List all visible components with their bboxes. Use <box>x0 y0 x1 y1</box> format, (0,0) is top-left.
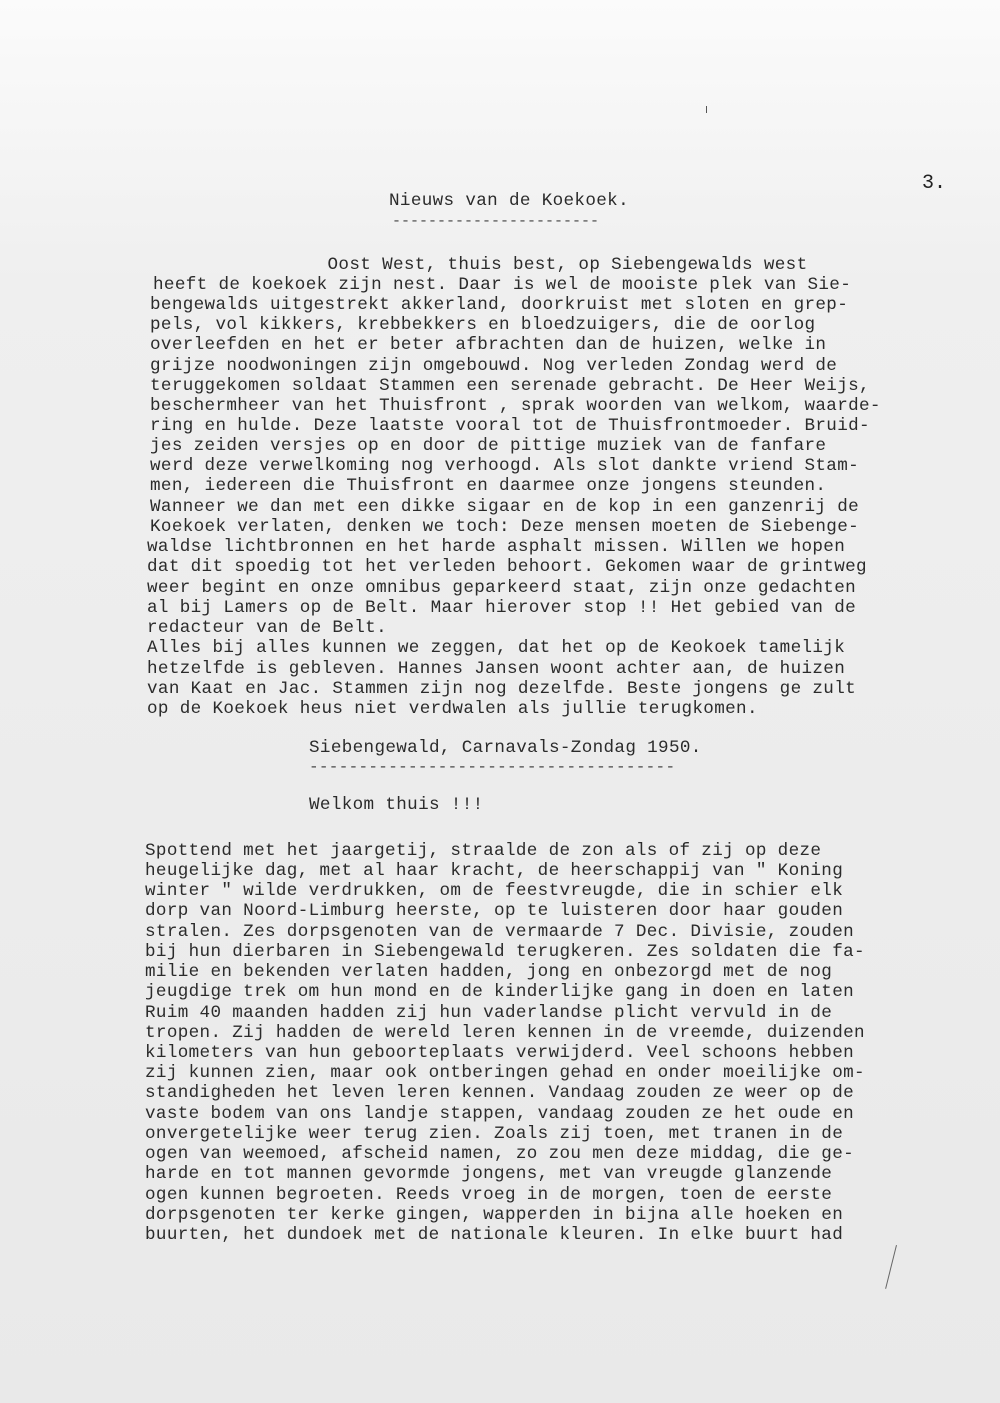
dateline: Siebengewald, Carnavals-Zondag 1950. <box>309 738 702 758</box>
text-line: bij hun dierbaren in Siebengewald terugk… <box>145 942 865 962</box>
text-line: van Kaat en Jac. Stammen zijn nog dezelf… <box>147 679 856 699</box>
text-line: ogen kunnen begroeten. Reeds vroeg in de… <box>145 1185 832 1205</box>
pen-stroke-mark <box>885 1245 897 1289</box>
article-title: Nieuws van de Koekoek. <box>389 191 629 211</box>
text-line: ogen van weemoed, afscheid namen, zo zou… <box>145 1144 854 1164</box>
text-line: weer begint en onze omnibus geparkeerd s… <box>147 578 856 598</box>
text-line: pels, vol kikkers, krebbekkers en bloedz… <box>150 315 815 335</box>
text-line: kilometers van hun geboorteplaats verwij… <box>145 1043 854 1063</box>
text-line: dorp van Noord-Limburg heerste, op te lu… <box>145 901 843 921</box>
title-underline: ----------------------- <box>392 212 599 232</box>
text-line: milie en bekenden verlaten hadden, jong … <box>145 962 832 982</box>
text-line: Spottend met het jaargetij, straalde de … <box>145 841 821 861</box>
text-line: bengewalds uitgestrekt akkerland, doorkr… <box>150 295 848 315</box>
text-line: jeugdige trek om hun mond en de kinderli… <box>145 982 854 1002</box>
text-line: beschermheer van het Thuisfront , sprak … <box>150 396 881 416</box>
text-line: heeft de koekoek zijn nest. Daar is wel … <box>153 275 851 295</box>
scanned-page: 3. Nieuws van de Koekoek. --------------… <box>0 0 1000 1403</box>
text-line: zij kunnen zien, maar ook ontberingen ge… <box>145 1063 865 1083</box>
text-line: redacteur van de Belt. <box>147 618 387 638</box>
text-line: ring en hulde. Deze laatste vooral tot d… <box>150 416 870 436</box>
text-line: standigheden het leven leren kennen. Van… <box>145 1083 854 1103</box>
text-line: Alles bij alles kunnen we zeggen, dat he… <box>147 638 845 658</box>
text-line: harde en tot mannen gevormde jongens, me… <box>145 1164 832 1184</box>
text-line: tropen. Zij hadden de wereld leren kenne… <box>145 1023 865 1043</box>
text-line: stralen. Zes dorpsgenoten van de vermaar… <box>145 922 854 942</box>
text-line: vaste bodem van ons landje stappen, vand… <box>145 1104 854 1124</box>
dateline-rule: ------------------------------------- <box>309 757 675 777</box>
text-line: Oost West, thuis best, op Siebengewalds … <box>153 255 807 275</box>
text-line: grijze noodwoningen zijn omgebouwd. Nog … <box>150 356 837 376</box>
text-line: dat dit spoedig tot het verleden behoort… <box>147 557 867 577</box>
text-line: al bij Lamers op de Belt. Maar hierover … <box>147 598 856 618</box>
text-line: jes zeiden versjes op en door de pittige… <box>150 436 826 456</box>
section-heading-welkom-thuis: Welkom thuis !!! <box>309 795 484 815</box>
text-line: men, iedereen die Thuisfront en daarmee … <box>150 476 826 496</box>
text-line: Ruim 40 maanden hadden zij hun vaderland… <box>145 1003 832 1023</box>
text-line: buurten, het dundoek met de nationale kl… <box>145 1225 843 1245</box>
text-line: onvergetelijke weer terug zien. Zoals zi… <box>145 1124 843 1144</box>
text-line: hetzelfde is gebleven. Hannes Jansen woo… <box>147 659 845 679</box>
scan-speck <box>706 106 707 113</box>
page-number: 3. <box>922 172 946 195</box>
text-line: Koekoek verlaten, denken we toch: Deze m… <box>150 517 859 537</box>
text-line: waldse lichtbronnen en het harde asphalt… <box>147 537 845 557</box>
text-line: op de Koekoek heus niet verdwalen als ju… <box>147 699 758 719</box>
text-line: Wanneer we dan met een dikke sigaar en d… <box>150 497 859 517</box>
text-line: werd deze verwelkoming nog verhoogd. Als… <box>150 456 859 476</box>
text-line: dorpsgenoten ter kerke gingen, wapperden… <box>145 1205 843 1225</box>
text-line: overleefden en het er beter afbrachten d… <box>150 335 826 355</box>
text-line: winter " wilde verdrukken, om de feestvr… <box>145 881 843 901</box>
text-line: teruggekomen soldaat Stammen een serenad… <box>150 376 870 396</box>
text-line: heugelijke dag, met al haar kracht, de h… <box>145 861 843 881</box>
